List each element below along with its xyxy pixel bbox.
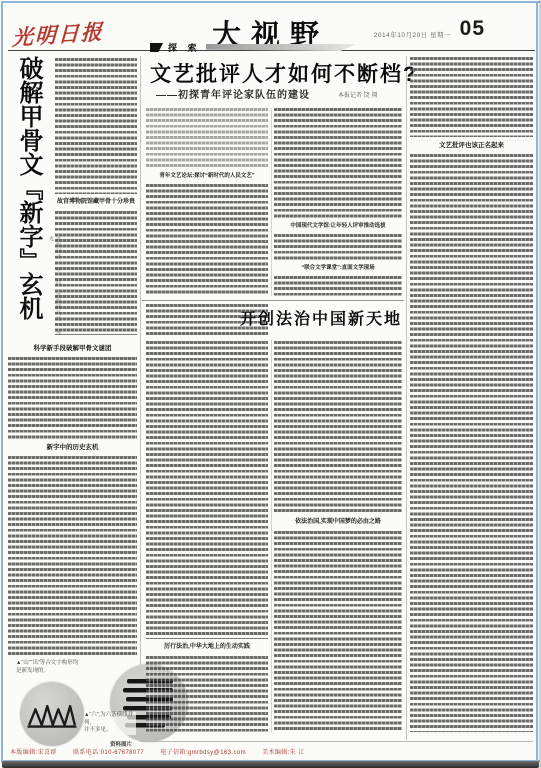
law-section-rule — [142, 300, 404, 301]
body-text-placeholder — [274, 276, 402, 298]
left-article-headline: 破解甲骨文『新字』玄机 — [10, 56, 48, 340]
footer-email: 电子信箱:gmrbdsy@163.com — [160, 750, 246, 756]
footer-phone: 联系电话:010-67678077 — [73, 750, 144, 756]
newspaper-page: 光明日报 大视野 2014年10月20日 星期一 05 破解甲骨文『新字』玄机 … — [0, 0, 541, 768]
feature-subhead-2: 中国现代文学馆:让年轻人评审推动选拔 — [274, 221, 402, 232]
feature-byline: 本报记者 饶 翔 — [338, 90, 377, 99]
column-rule-mid-bottom — [271, 340, 272, 732]
feature-subtitle: ——初探青年评论家队伍的建设 — [156, 86, 310, 101]
footer-art-editor: 美术编辑:朱 江 — [262, 750, 305, 756]
explore-tag: 探 索 — [150, 41, 356, 54]
page-number: 05 — [460, 17, 485, 41]
feature-subhead-right: 文艺批评也该正名起来 — [410, 140, 533, 151]
flag-icon — [150, 43, 163, 52]
footer-editor: 本版编辑:宋喜群 — [10, 750, 57, 756]
column-rule-left — [140, 56, 141, 740]
explore-tag-label: 探 索 — [168, 41, 201, 54]
law-subhead-2: 依法治国,实现中国梦的必由之路 — [274, 517, 402, 528]
oracle-photo-left — [20, 682, 84, 746]
frame-left — [1, 1, 3, 763]
body-text-placeholder — [146, 656, 268, 732]
left-subhead-3: 新字中的历史玄机 — [8, 442, 137, 453]
scan-edge — [2, 761, 539, 768]
body-text-placeholder — [146, 184, 268, 296]
column-rule-mid-top — [271, 108, 272, 296]
column-rule-right — [406, 56, 407, 740]
body-text-placeholder — [274, 341, 402, 513]
feature-subhead-3: “联合文学课堂”:直面文学现场 — [274, 263, 402, 274]
body-text-placeholder — [146, 341, 268, 639]
footer-rule — [140, 741, 533, 742]
masthead-logo: 光明日报 — [12, 16, 105, 53]
date-line: 2014年10月20日 星期一 — [374, 30, 451, 39]
body-text-placeholder — [8, 456, 137, 656]
body-text-placeholder — [274, 531, 402, 732]
law-subhead-1: 厉行法治,中华大地上的生动实践 — [146, 642, 268, 653]
body-text-placeholder — [410, 154, 533, 732]
feature-subhead-1: 青年文艺论坛:探讨“新时代的人民文艺” — [146, 171, 268, 182]
body-text-placeholder — [274, 108, 402, 218]
intro-text-placeholder — [146, 108, 268, 168]
feature-headline: 文艺批评人才如何不断档? — [150, 58, 418, 88]
figure-caption-left: ▲“山”“出”等古文字构形均 是新发现的。 — [16, 660, 106, 675]
body-text-placeholder — [55, 58, 137, 194]
law-headline: 开创法治中国新天地 — [240, 306, 402, 329]
body-text-placeholder — [55, 211, 137, 335]
tag-swoosh-decoration — [206, 44, 356, 51]
frame-top — [1, 1, 540, 3]
left-subhead-2: 科学新手段破解甲骨文谜团 — [8, 343, 137, 354]
body-text-placeholder — [8, 357, 137, 439]
figure-caption-right: ▲“六”,为六条横线并列, 并不多见。 — [84, 712, 136, 735]
body-text-placeholder — [410, 57, 533, 137]
oracle-mountain-glyph — [26, 697, 78, 731]
footer-line: 本版编辑:宋喜群 联系电话:010-67678077 电子信箱:gmrbdsy@… — [10, 747, 319, 756]
left-subhead-1: 故宫博物院馆藏甲骨十分珍贵 — [55, 197, 137, 208]
body-text-placeholder — [274, 234, 402, 260]
